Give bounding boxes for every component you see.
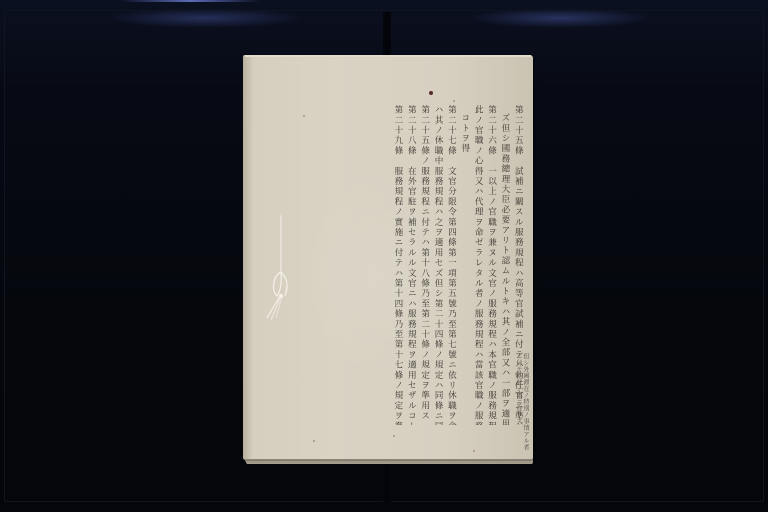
binding-string-icon (251, 210, 291, 340)
text-column-article-28: 第二十八條 在外官駐ヲ補セラルル文官ニハ服務規程ヲ適用セザルコトヲ得 (405, 105, 417, 425)
ink-mark-dot (429, 91, 433, 95)
ceiling-light-reflection (120, 0, 260, 2)
text-column: コトヲ得 (459, 105, 471, 425)
document-text-columns: 第二十五條 試補ニ關スル服務規程ハ高等官試補ニ付テハ勅任官ニ準ジ委任官ニ準 ズ但… (391, 105, 525, 425)
document-page: 第二十五條 試補ニ關スル服務規程ハ高等官試補ニ付テハ勅任官ニ準ジ委任官ニ準 ズ但… (243, 55, 533, 459)
text-column: 第二十五條ノ服務規程ニ付テハ第十八條乃至第二十條ノ規定ヲ準用ス (419, 105, 431, 425)
margin-annotation: 但シ外國滞在ノ特別ノ事情アル者ニ付テハ此ノ限ニ在ラズ (515, 353, 529, 453)
paper-speck (393, 435, 395, 437)
paper-speck (313, 440, 315, 442)
text-column-article-27: 第二十七條 文官分限令第四條第一項第五號乃至第七號ニ依リ休職ヲ命ゼラレタル者ニ (445, 105, 457, 425)
text-column-article-26: 第二十六條 一以上ノ官職ヲ兼ヌル文官ノ服務規程ハ本官職ノ服務規程ニ依ル (486, 105, 498, 425)
text-column: ハ其ノ休職中服務規程ハ之ヲ適用セズ但シ第二十四條ノ規定ハ同條ニ同項ヲ除クノ外ニ (432, 105, 444, 425)
paper-speck (303, 115, 305, 117)
display-case-background: 第二十五條 試補ニ關スル服務規程ハ高等官試補ニ付テハ勅任官ニ準ジ委任官ニ準 ズ但… (0, 0, 768, 512)
text-column-article-29: 第二十九條 服務規程ノ實施ニ付テハ第十四條乃至第十七條ノ規定ヲ準用ス (392, 105, 404, 425)
paper-speck (473, 450, 475, 452)
text-column: ズ但シ國務總理大臣必要アリト認ムルトキハ其ノ全部又ハ一部ヲ適用セザルコトヲ得 (499, 105, 511, 425)
page-top-edge (245, 55, 531, 57)
paper-speck (453, 100, 455, 102)
text-column: 此ノ官職ノ心得又ハ代理ヲ命ゼラレタル者ノ服務規程ハ當該官職ノ服務規程ニ依ル (472, 105, 484, 425)
